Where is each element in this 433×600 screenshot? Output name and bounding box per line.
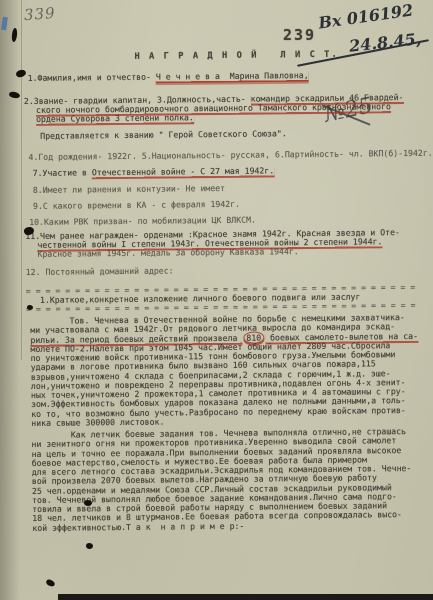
field-name-value: Ч е ч н е в а Марина Павловна, xyxy=(156,70,309,82)
field-regiment-order: ордена Суворова 3 степени полка. xyxy=(36,112,194,124)
combat-record-paragraph-2: Как летчик боевые задания тов. Чечнева в… xyxy=(31,427,429,533)
field-service-since: 9.С какого времени в КА - с февраля 1942… xyxy=(33,200,240,211)
scanned-award-sheet: 339 239 Вх 016192 24.8.45, №25 Н А Г Р А… xyxy=(0,0,433,600)
field-home-address: 12. Постоянный домашний адрес: xyxy=(26,266,174,277)
field-war-participation: 7.Участие в Отечественной войне - С 27 м… xyxy=(33,166,275,178)
field-name-label: 1.Фамилия,имя и отчество- xyxy=(28,72,156,83)
field-name: 1.Фамилия,имя и отчество- Ч е ч н е в а … xyxy=(28,71,309,83)
ink-blot xyxy=(84,500,92,506)
field-drafted-by: 10.Каким РВК призван- по мобилизации ЦК … xyxy=(29,216,256,228)
field-war-label: 7.Участие в xyxy=(33,167,92,178)
field-war-value: Отечественной войне - С 27 мая 1942г. xyxy=(92,165,274,177)
scan-bottom-edge xyxy=(58,594,433,600)
field-birth-nationality-party: 4.Год рождения- 1922г. 5.Национальность-… xyxy=(28,149,432,162)
combat-record-paragraph-1: Тов. Чечнева в Отечественной войне по бо… xyxy=(30,313,428,428)
typed-content: Н А Г Р А Д Н О Й Л И С Т. 1.Фамилия,имя… xyxy=(0,0,433,600)
field-rank-position-line3: ордена Суворова 3 степени полка. xyxy=(36,113,194,124)
field-presented-for: Представляется к званию " Герой Советско… xyxy=(40,129,287,141)
field-prior-awards-line3: Красное знамя 1945г. медаль За оборону К… xyxy=(37,247,298,259)
field-wounds: 8.Имеет ли ранения и контузии- Не имеет xyxy=(33,184,225,195)
ink-blot xyxy=(27,305,33,310)
ink-blot xyxy=(86,543,93,549)
document-title: Н А Г Р А Д Н О Й Л И С Т. xyxy=(134,51,338,62)
